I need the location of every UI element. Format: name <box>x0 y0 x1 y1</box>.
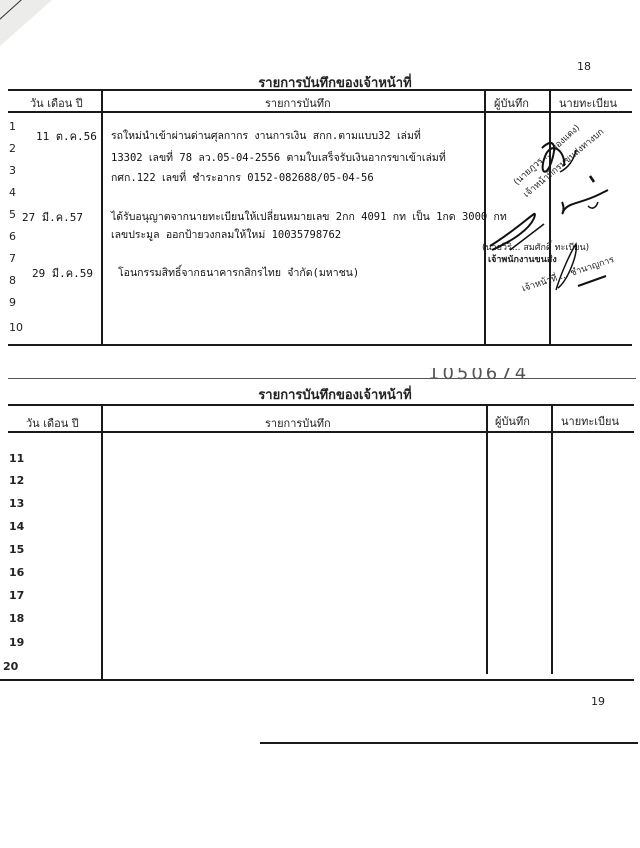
row-number: 4 <box>9 186 16 199</box>
table2-col-divider-1 <box>101 404 103 680</box>
row-number: 13 <box>9 497 24 510</box>
entry-date: 29 มี.ค.59 <box>32 264 93 282</box>
row-number: 11 <box>9 452 24 465</box>
entry-line: เลขประมูล ออกป้ายวงกลมให้ใหม่ 1003579876… <box>111 226 341 243</box>
row-number: 3 <box>9 164 16 177</box>
entry-line: โอนกรรมสิทธิ์จากธนาคารกสิกรไทย จำกัด(มหา… <box>118 264 359 281</box>
row-number: 12 <box>9 474 24 487</box>
serial-stamp: 1050674 <box>428 368 529 380</box>
row-number: 8 <box>9 274 16 287</box>
header-record: รายการบันทึก <box>265 414 331 432</box>
footer-line <box>260 742 638 744</box>
row-number: 10 <box>9 321 23 334</box>
table2-col-divider-3 <box>551 404 553 674</box>
header-record: รายการบันทึก <box>265 94 331 112</box>
table2-col-divider-2 <box>486 404 488 674</box>
row-number: 16 <box>9 566 24 579</box>
row-number: 6 <box>9 230 16 243</box>
row-number: 18 <box>9 612 24 625</box>
divider-line <box>8 378 636 379</box>
entry-date: 11 ต.ค.56 <box>36 127 97 145</box>
entry-line: ได้รับอนุญาตจากนายทะเบียนให้เปลี่ยนหมายเ… <box>111 208 507 225</box>
row-number: 7 <box>9 252 16 265</box>
row-number: 19 <box>9 636 24 649</box>
signature-icon <box>480 110 640 340</box>
entry-line: รถใหม่นำเข้าผ่านด่านศุลกากร งานการเงิน ส… <box>111 127 421 144</box>
entry-line: กศก.122 เลขที่ ชำระอากร 0152-082688/05-0… <box>111 169 374 186</box>
header-recorder: ผู้บันทึก <box>495 412 530 430</box>
row-number: 9 <box>9 296 16 309</box>
entry-date: 27 มี.ค.57 <box>22 208 83 226</box>
row-number: 20 <box>3 660 18 673</box>
section2-title: รายการบันทึกของเจ้าหน้าที่ <box>0 384 640 405</box>
header-date: วัน เดือน ปี <box>26 414 79 432</box>
table1-col-divider-1 <box>101 89 103 345</box>
row-number: 15 <box>9 543 24 556</box>
row-number: 14 <box>9 520 24 533</box>
page-fold-corner <box>0 0 52 46</box>
row-number: 17 <box>9 589 24 602</box>
table2-bottom-border <box>0 679 634 681</box>
page-number-bottom: 19 <box>591 695 605 708</box>
header-registrar: นายทะเบียน <box>561 412 619 430</box>
row-number: 2 <box>9 142 16 155</box>
entry-line: 13302 เลขที่ 78 ลว.05-04-2556 ตามใบเสร็จ… <box>111 149 446 166</box>
header-date: วัน เดือน ปี <box>30 94 83 112</box>
row-number: 5 <box>9 208 16 221</box>
row-number: 1 <box>9 120 16 133</box>
